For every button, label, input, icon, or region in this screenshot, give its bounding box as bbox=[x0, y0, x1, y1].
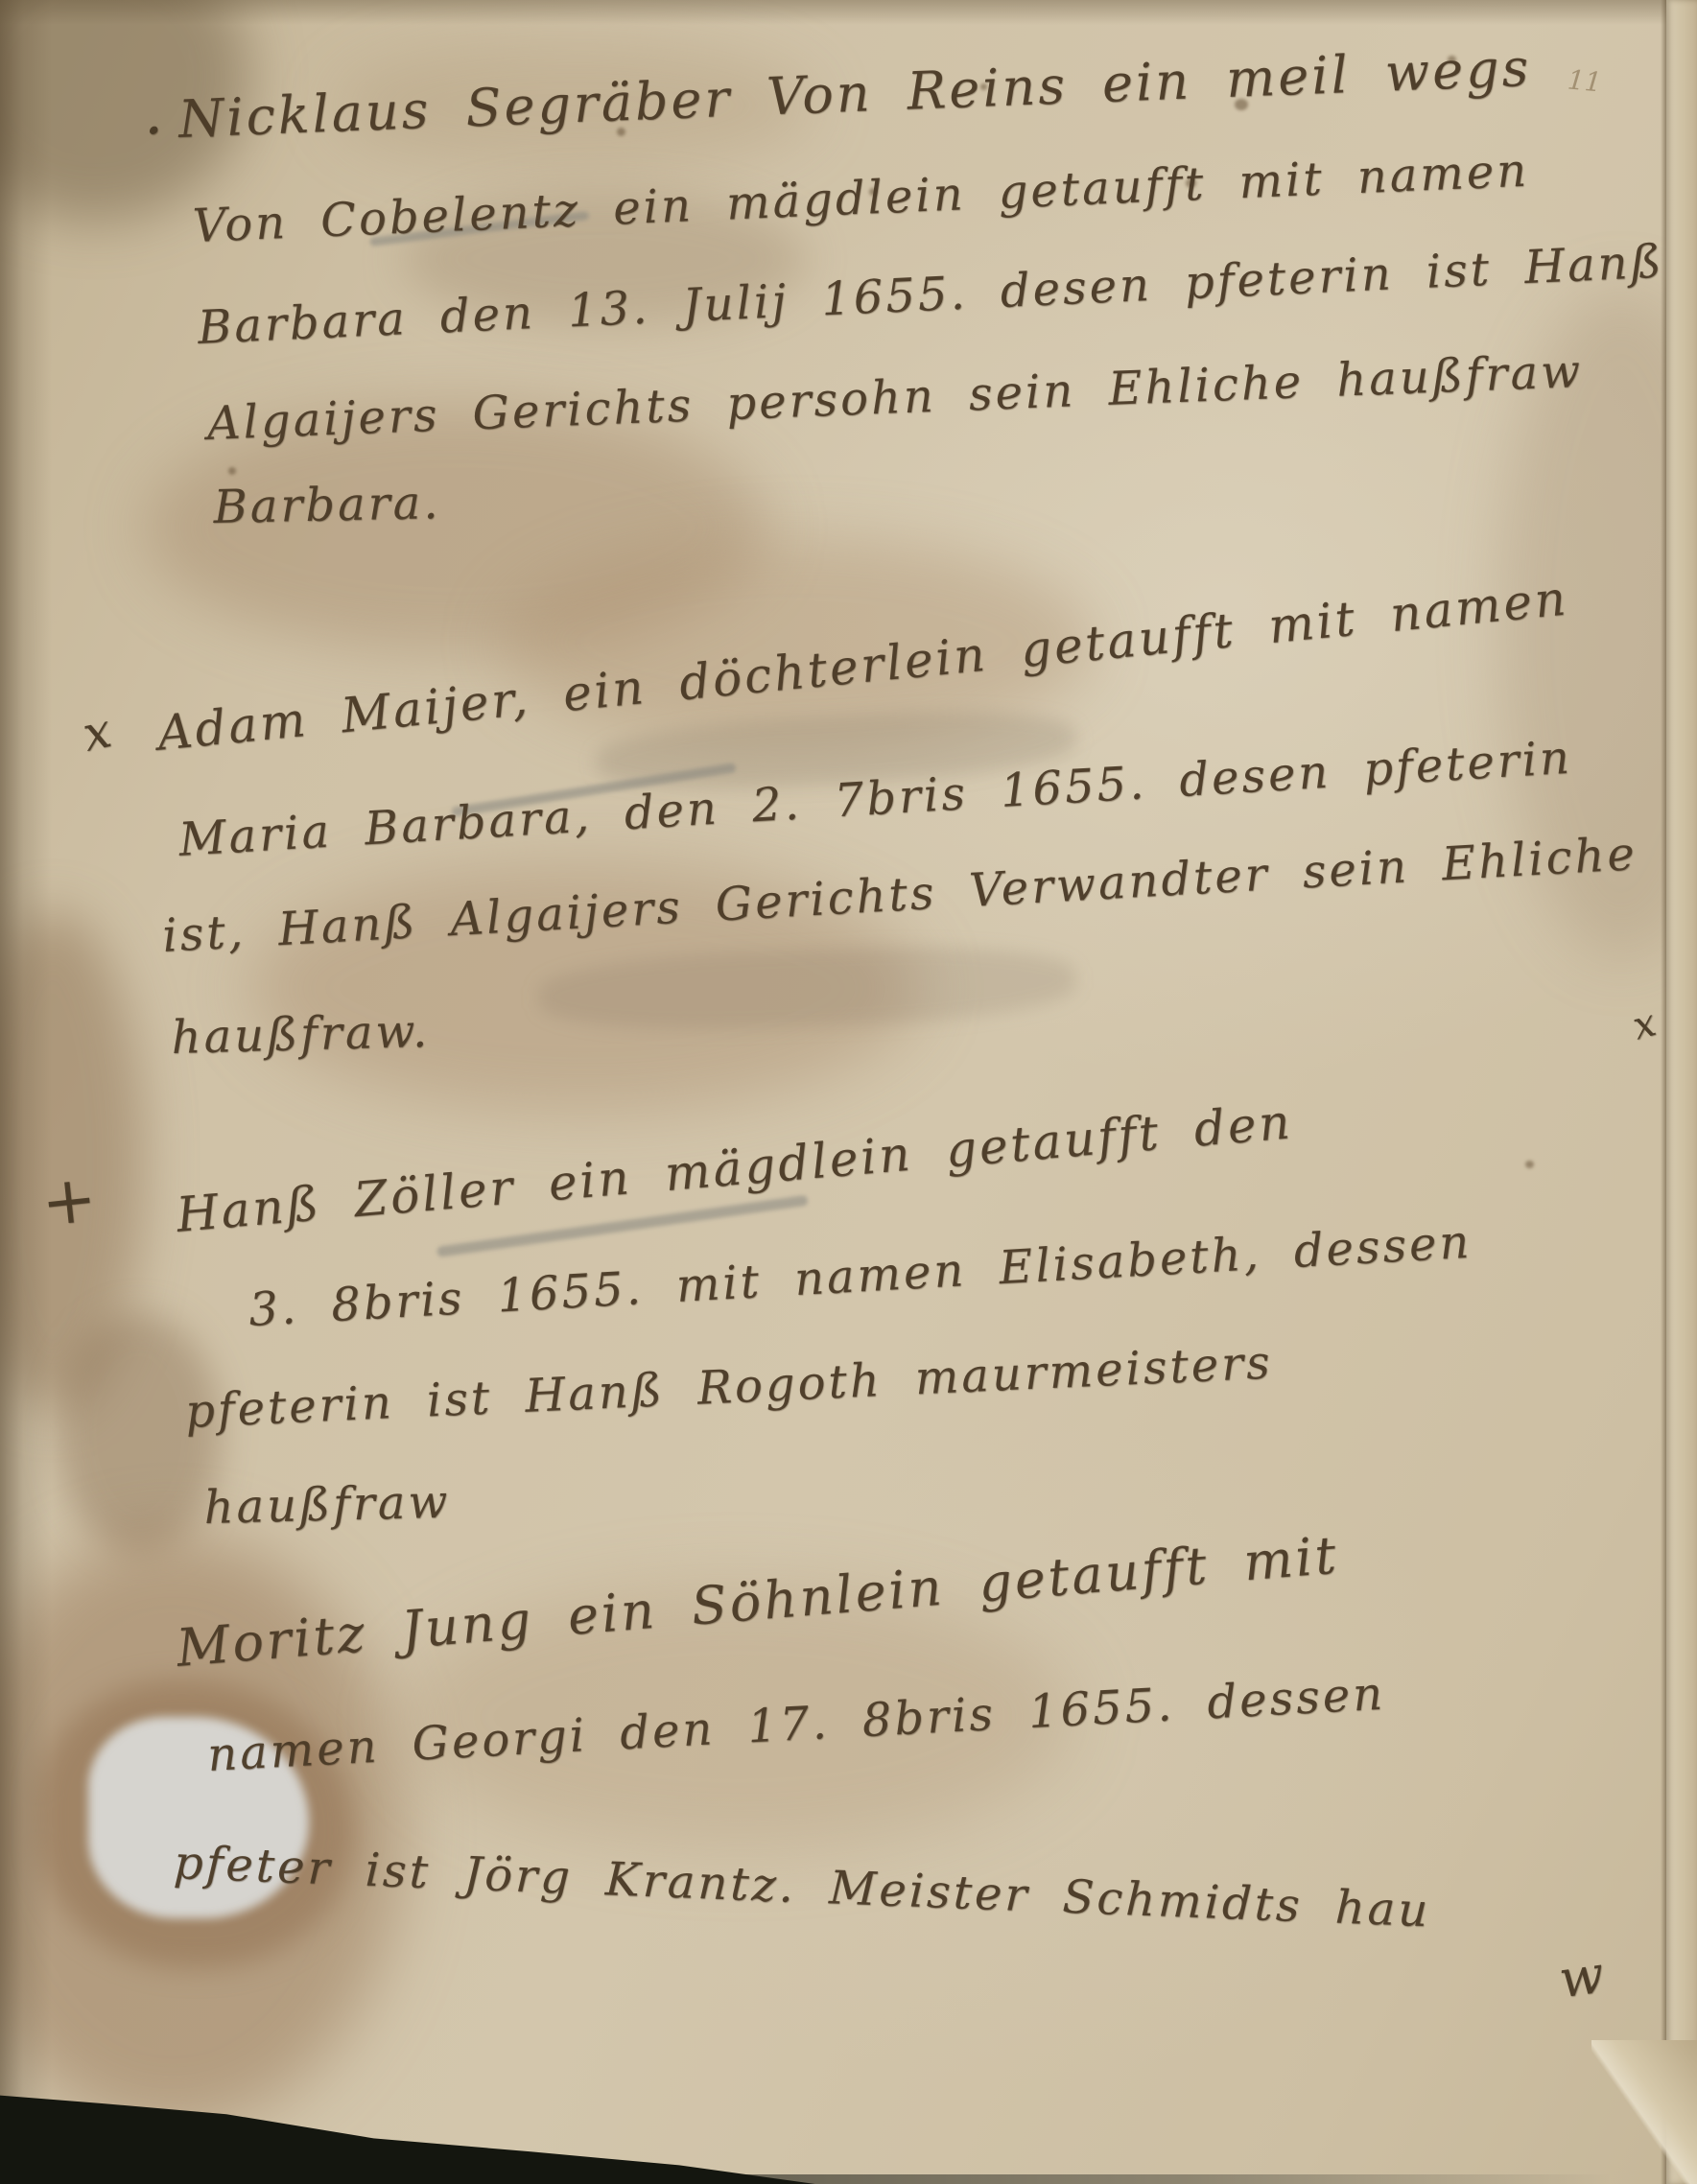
entry-2-line-4: haußfraw. bbox=[171, 1008, 431, 1061]
bottom-right-page-corner bbox=[1591, 2040, 1697, 2184]
book-binding-edge bbox=[0, 2174, 1697, 2184]
entry-1-margin-mark: . bbox=[144, 82, 163, 144]
entry-4-trailing-mark: w bbox=[1556, 1949, 1607, 2007]
entry-3-line-3: pfeterin ist Hanß Rogoth maurmeisters bbox=[184, 1340, 1274, 1435]
entry-1-line-3: Barbara den 13. Julij 1655. desen pfeter… bbox=[197, 239, 1665, 351]
page-left-edge bbox=[0, 0, 52, 2184]
page-top-edge bbox=[0, 0, 1697, 25]
page-number: 11 bbox=[1567, 64, 1603, 99]
entry-1-line-4: Algaijers Gerichts persohn sein Ehliche … bbox=[206, 348, 1584, 447]
book-binding-shadow bbox=[0, 2050, 1132, 2184]
entry-3-line-4: haußfraw bbox=[203, 1479, 451, 1531]
bleed-through bbox=[537, 940, 1076, 1035]
entry-2-trailing-mark: x bbox=[1629, 1003, 1660, 1045]
entry-1-line-2: Von Cobelentz ein mägdlein getaufft mit … bbox=[192, 148, 1530, 249]
entry-3-line-2: 3. 8bris 1655. mit namen Elisabeth, dess… bbox=[247, 1219, 1473, 1333]
manuscript-scan: 11 . Nicklaus Segräber Von Reins ein mei… bbox=[0, 0, 1697, 2184]
ink-fleck bbox=[228, 467, 236, 475]
entry-1-line-5: Barbara. bbox=[213, 480, 441, 530]
entry-2-margin-mark: x bbox=[79, 706, 115, 759]
entry-4-line-3: pfeter ist Jörg Krantz. Meister Schmidts… bbox=[173, 1840, 1431, 1934]
entry-4-line-2: namen Georgi den 17. 8bris 1655. dessen bbox=[206, 1671, 1386, 1778]
entry-1-line-1: Nicklaus Segräber Von Reins ein meil weg… bbox=[177, 42, 1532, 146]
ink-fleck bbox=[1525, 1161, 1534, 1168]
entry-3-line-1: Hanß Zöller ein mägdlein getaufft den bbox=[175, 1097, 1294, 1238]
underlying-page-edge bbox=[1666, 0, 1697, 2184]
entry-4-line-1: Moritz Jung ein Söhnlein getaufft mit bbox=[175, 1530, 1340, 1675]
